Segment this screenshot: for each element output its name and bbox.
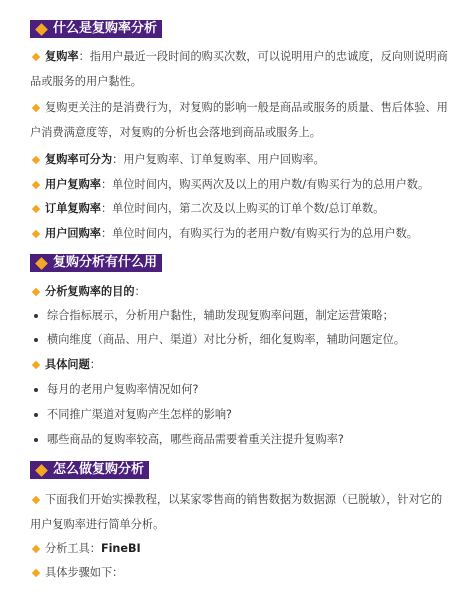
- text: 下面我们开始实操教程，以某家零售商的销售数据为数据源（已脱敏），针对它的: [45, 493, 442, 507]
- diamond-bullet-icon: [32, 496, 40, 504]
- diamond-bullet-icon: [32, 205, 40, 213]
- text: 品或服务的用户黏性。: [30, 75, 142, 89]
- term: 用户回购率: [45, 227, 101, 241]
- diamond-icon: [35, 464, 48, 477]
- description: ：单位时间内，购买两次及以上的用户数/有购买行为的总用户数。: [101, 178, 429, 192]
- paragraph-tutorial-intro: 下面我们开始实操教程，以某家零售商的销售数据为数据源（已脱敏），针对它的: [30, 493, 430, 507]
- paragraph-continuation: 户消费满意度等，对复购的分析也会落地到商品或服务上。: [30, 126, 430, 140]
- section-heading-what-is-repurchase: 什么是复购率分析: [30, 20, 162, 38]
- text: 综合指标展示，分析用户黏性，辅助发现复购率问题，制定运营策略；: [47, 309, 394, 323]
- definition-user-repurchase-rate: 用户复购率 ：单位时间内，购买两次及以上的用户数/有购买行为的总用户数。: [30, 178, 430, 192]
- article: 什么是复购率分析 复购率 ：指用户最近一段时间的购买次数，可以说明用户的忠诚度，…: [0, 0, 450, 600]
- diamond-bullet-icon: [32, 230, 40, 238]
- steps-intro: 具体步骤如下：: [30, 566, 430, 580]
- bullet-dot-icon: [34, 388, 38, 392]
- description: ：单位时间内，有购买行为的老用户数/有购买行为的总用户数。: [101, 227, 418, 241]
- diamond-icon: [35, 23, 48, 36]
- text: 用户复购率进行简单分析。: [30, 518, 164, 532]
- description: ：: [135, 285, 146, 299]
- bullet-dot-icon: [34, 413, 38, 417]
- text: 每月的老用户复购率情况如何?: [47, 383, 198, 397]
- definition-user-return-rate: 用户回购率 ：单位时间内，有购买行为的老用户数/有购买行为的总用户数。: [30, 227, 430, 241]
- term: 复购率可分为: [45, 153, 112, 167]
- subheading-purpose: 分析复购率的目的 ：: [30, 285, 430, 299]
- bullet-dot-icon: [34, 438, 38, 442]
- diamond-bullet-icon: [32, 156, 40, 164]
- description: ：用户复购率、订单复购率、用户回购率。: [112, 153, 325, 167]
- diamond-bullet-icon: [32, 288, 40, 296]
- description: ：单位时间内，第二次及以上购买的订单个数/总订单数。: [101, 202, 384, 216]
- text: 哪些商品的复购率较高，哪些商品需要着重关注提升复购率?: [47, 433, 344, 447]
- term: 复购率: [45, 50, 79, 64]
- diamond-bullet-icon: [32, 361, 40, 369]
- label: 分析工具：: [45, 542, 101, 556]
- tool-name: FineBI: [101, 542, 141, 556]
- bullet-dot-icon: [34, 314, 38, 318]
- text: 复购更关注的是消费行为，对复购的影响一般是商品或服务的质量、售后体验、用: [45, 101, 448, 115]
- definition-order-repurchase-rate: 订单复购率 ：单位时间内，第二次及以上购买的订单个数/总订单数。: [30, 202, 430, 216]
- bullet-item: 横向维度（商品、用户、渠道）对比分析，细化复购率，辅助问题定位。: [30, 333, 430, 347]
- description: ：: [90, 358, 101, 372]
- diamond-bullet-icon: [32, 569, 40, 577]
- paragraph-repurchase-focus: 复购更关注的是消费行为，对复购的影响一般是商品或服务的质量、售后体验、用: [30, 101, 430, 115]
- text: 户消费满意度等，对复购的分析也会落地到商品或服务上。: [30, 126, 321, 140]
- diamond-icon: [35, 257, 48, 270]
- heading-text: 复购分析有什么用: [53, 254, 157, 272]
- bullet-dot-icon: [34, 338, 38, 342]
- diamond-bullet-icon: [32, 545, 40, 553]
- term: 订单复购率: [45, 202, 101, 216]
- heading-text: 怎么做复购分析: [53, 461, 144, 479]
- subheading-specific-questions: 具体问题 ：: [30, 358, 430, 372]
- term: 分析复购率的目的: [45, 285, 135, 299]
- section-heading-how-to-analyze: 怎么做复购分析: [30, 461, 149, 479]
- bullet-item: 哪些商品的复购率较高，哪些商品需要着重关注提升复购率?: [30, 433, 430, 447]
- term: 具体问题: [45, 358, 90, 372]
- text: 具体步骤如下：: [45, 566, 123, 580]
- text: 不同推广渠道对复购产生怎样的影响?: [47, 408, 232, 422]
- definition-repurchase-rate: 复购率 ：指用户最近一段时间的购买次数，可以说明用户的忠诚度，反向则说明商: [30, 50, 430, 64]
- analysis-tool: 分析工具： FineBI: [30, 542, 430, 556]
- diamond-bullet-icon: [32, 104, 40, 112]
- description: ：指用户最近一段时间的购买次数，可以说明用户的忠诚度，反向则说明商: [79, 50, 448, 64]
- definition-categories: 复购率可分为 ：用户复购率、订单复购率、用户回购率。: [30, 153, 430, 167]
- term: 用户复购率: [45, 178, 101, 192]
- text: 横向维度（商品、用户、渠道）对比分析，细化复购率，辅助问题定位。: [47, 333, 405, 347]
- bullet-item: 每月的老用户复购率情况如何?: [30, 383, 430, 397]
- heading-text: 什么是复购率分析: [53, 20, 157, 38]
- section-heading-why-repurchase: 复购分析有什么用: [30, 254, 162, 272]
- paragraph-continuation: 用户复购率进行简单分析。: [30, 518, 430, 532]
- paragraph-continuation: 品或服务的用户黏性。: [30, 75, 430, 89]
- bullet-item: 不同推广渠道对复购产生怎样的影响?: [30, 408, 430, 422]
- diamond-bullet-icon: [32, 181, 40, 189]
- diamond-bullet-icon: [32, 53, 40, 61]
- bullet-item: 综合指标展示，分析用户黏性，辅助发现复购率问题，制定运营策略；: [30, 309, 430, 323]
